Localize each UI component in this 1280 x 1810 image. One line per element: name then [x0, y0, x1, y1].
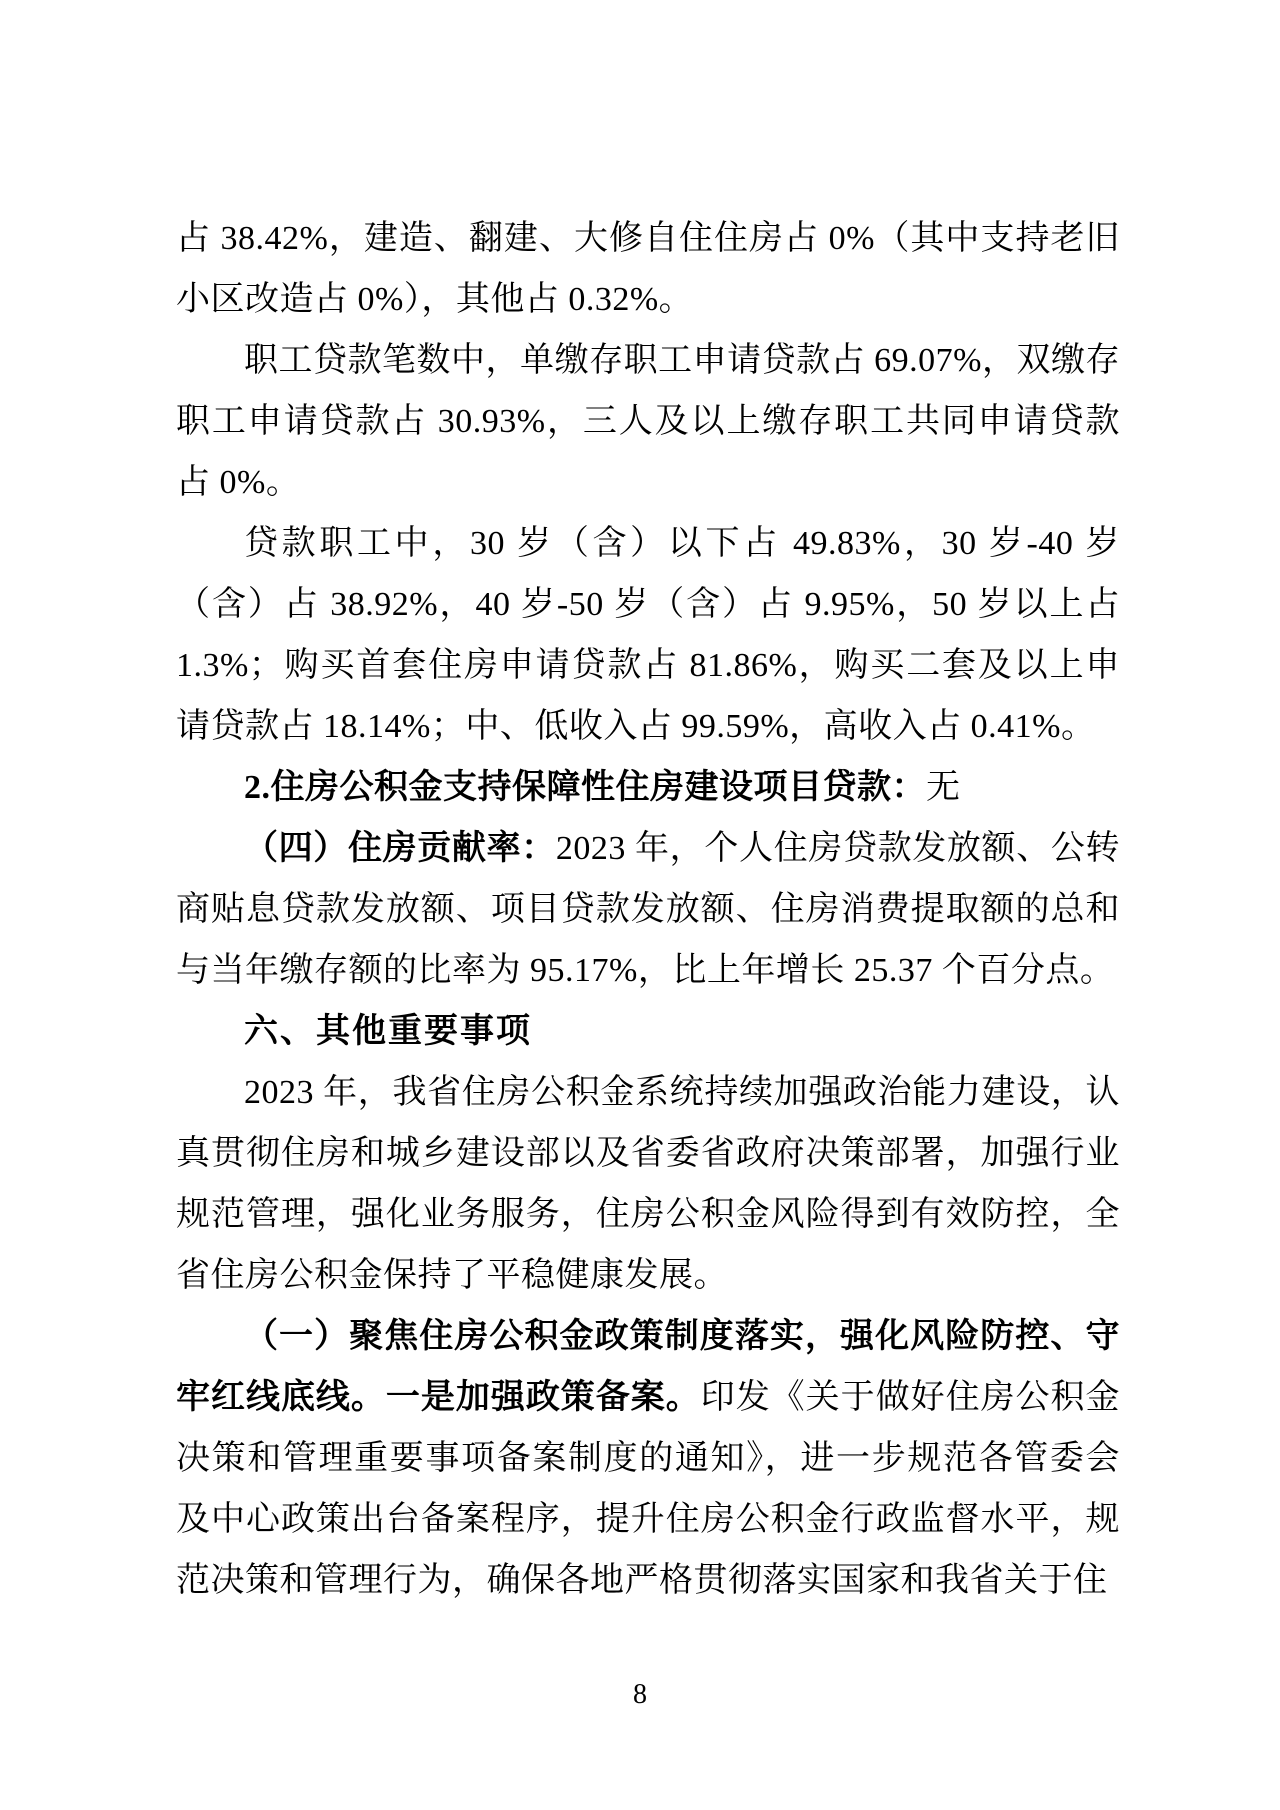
- guaranteed-housing-loans-value: 无: [926, 769, 961, 806]
- guaranteed-housing-loans-label: 2.住房公积金支持保障性住房建设项目贷款：: [244, 769, 926, 806]
- section-heading-other-matters: 六、其他重要事项: [176, 1001, 1120, 1062]
- para-housing-contribution-rate: （四）住房贡献率：2023 年，个人住房贷款发放额、公转商贴息贷款发放额、项目贷…: [176, 818, 1120, 1001]
- page-number: 8: [0, 1680, 1280, 1710]
- policy-implementation-emphasis: 一是加强政策备案。: [386, 1379, 701, 1416]
- para-policy-implementation: （一）聚焦住房公积金政策制度落实，强化风险防控、守牢红线底线。一是加强政策备案。…: [176, 1306, 1120, 1611]
- document-page: 占 38.42%，建造、翻建、大修自住住房占 0%（其中支持老旧小区改造占 0%…: [0, 0, 1280, 1810]
- para-2023-overview: 2023 年，我省住房公积金系统持续加强政治能力建设，认真贯彻住房和城乡建设部以…: [176, 1062, 1120, 1306]
- document-body: 占 38.42%，建造、翻建、大修自住住房占 0%（其中支持老旧小区改造占 0%…: [176, 208, 1120, 1611]
- para-loan-purpose-text: 占 38.42%，建造、翻建、大修自住住房占 0%（其中支持老旧小区改造占 0%…: [176, 220, 1120, 318]
- para-borrower-age-text: 贷款职工中，30 岁（含）以下占 49.83%，30 岁-40 岁（含）占 38…: [176, 525, 1120, 745]
- housing-contribution-rate-label: （四）住房贡献率：: [244, 830, 556, 867]
- para-borrower-count-distribution: 职工贷款笔数中，单缴存职工申请贷款占 69.07%，双缴存职工申请贷款占 30.…: [176, 330, 1120, 513]
- para-loan-purpose-continuation: 占 38.42%，建造、翻建、大修自住住房占 0%（其中支持老旧小区改造占 0%…: [176, 208, 1120, 330]
- para-2023-overview-text: 2023 年，我省住房公积金系统持续加强政治能力建设，认真贯彻住房和城乡建设部以…: [176, 1074, 1120, 1294]
- para-borrower-count-text: 职工贷款笔数中，单缴存职工申请贷款占 69.07%，双缴存职工申请贷款占 30.…: [176, 342, 1120, 501]
- para-guaranteed-housing-loans: 2.住房公积金支持保障性住房建设项目贷款：无: [176, 757, 1120, 818]
- section-heading-other-matters-text: 六、其他重要事项: [244, 1012, 532, 1050]
- para-borrower-age-distribution: 贷款职工中，30 岁（含）以下占 49.83%，30 岁-40 岁（含）占 38…: [176, 513, 1120, 757]
